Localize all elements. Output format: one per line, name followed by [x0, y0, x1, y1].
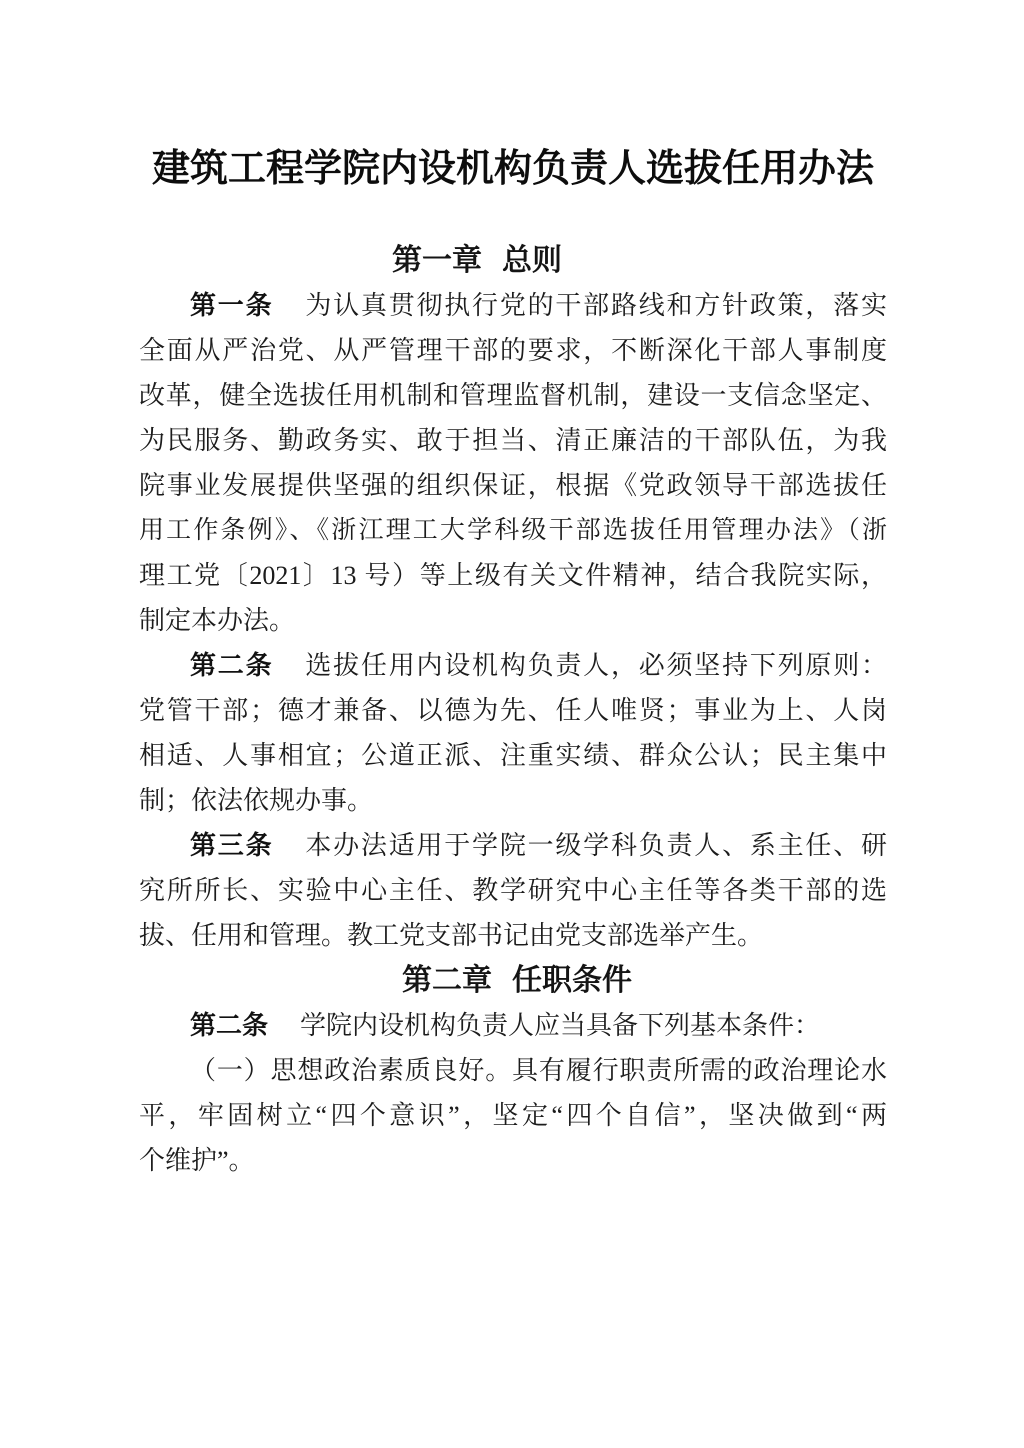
text-run: 为认真贯彻执行党的干部路线和方针政策，落实 [305, 291, 887, 320]
article-1-line: 改革，健全选拔任用机制和管理监督机制，建设一支信念坚定、 [139, 373, 887, 418]
article-3-label: 第三条 [190, 831, 273, 860]
article-4-line: 第二条学院内设机构负责人应当具备下列基本条件： [139, 1003, 887, 1048]
chapter-2-name: 任职条件 [512, 964, 632, 997]
text-run: 选拔任用内设机构负责人，必须坚持下列原则： [305, 651, 887, 680]
item-1-line: 个维护”。 [139, 1138, 887, 1183]
chapter-2-number: 第二章 [402, 964, 492, 997]
article-1-line: 院事业发展提供坚强的组织保证，根据《党政领导干部选拔任 [139, 463, 887, 508]
document-title: 建筑工程学院内设机构负责人选拔任用办法 [139, 145, 887, 193]
article-2-line: 相适、人事相宜；公道正派、注重实绩、群众公认；民主集中 [139, 733, 887, 778]
article-2-line: 第二条选拔任用内设机构负责人，必须坚持下列原则： [139, 643, 887, 688]
article-1-line: 制定本办法。 [139, 598, 887, 643]
document-page: 建筑工程学院内设机构负责人选拔任用办法 第一章总则 第一条为认真贯彻执行党的干部… [0, 0, 1024, 1448]
article-1-line: 为民服务、勤政务实、敢于担当、清正廉洁的干部队伍，为我 [139, 418, 887, 463]
article-3-line: 拔、任用和管理。教工党支部书记由党支部选举产生。 [139, 913, 887, 958]
item-1-line: （一）思想政治素质良好。具有履行职责所需的政治理论水 [139, 1048, 887, 1093]
article-3-line: 第三条本办法适用于学院一级学科负责人、系主任、研 [139, 823, 887, 868]
article-4-label: 第二条 [190, 1011, 268, 1040]
article-1-line: 全面从严治党、从严管理干部的要求，不断深化干部人事制度 [139, 328, 887, 373]
chapter-1-number: 第一章 [392, 244, 482, 277]
article-1-line: 理工党〔2021〕13 号）等上级有关文件精神，结合我院实际， [139, 553, 887, 598]
article-1-line: 第一条为认真贯彻执行党的干部路线和方针政策，落实 [139, 283, 887, 328]
chapter-1-heading: 第一章总则 [103, 238, 851, 283]
chapter-2-heading: 第二章任职条件 [143, 958, 891, 1003]
article-1-line: 用工作条例》、《浙江理工大学科级干部选拔任用管理办法》（浙 [139, 508, 887, 553]
article-2-label: 第二条 [190, 651, 273, 680]
article-1-label: 第一条 [190, 291, 273, 320]
item-1-line: 平，牢固树立“四个意识”，坚定“四个自信”，坚决做到“两 [139, 1093, 887, 1138]
chapter-1-name: 总则 [502, 244, 562, 277]
text-run: 本办法适用于学院一级学科负责人、系主任、研 [305, 831, 887, 860]
article-3-line: 究所所长、实验中心主任、教学研究中心主任等各类干部的选 [139, 868, 887, 913]
text-run: 学院内设机构负责人应当具备下列基本条件： [300, 1011, 820, 1040]
article-2-line: 制；依法依规办事。 [139, 778, 887, 823]
article-2-line: 党管干部；德才兼备、以德为先、任人唯贤；事业为上、人岗 [139, 688, 887, 733]
